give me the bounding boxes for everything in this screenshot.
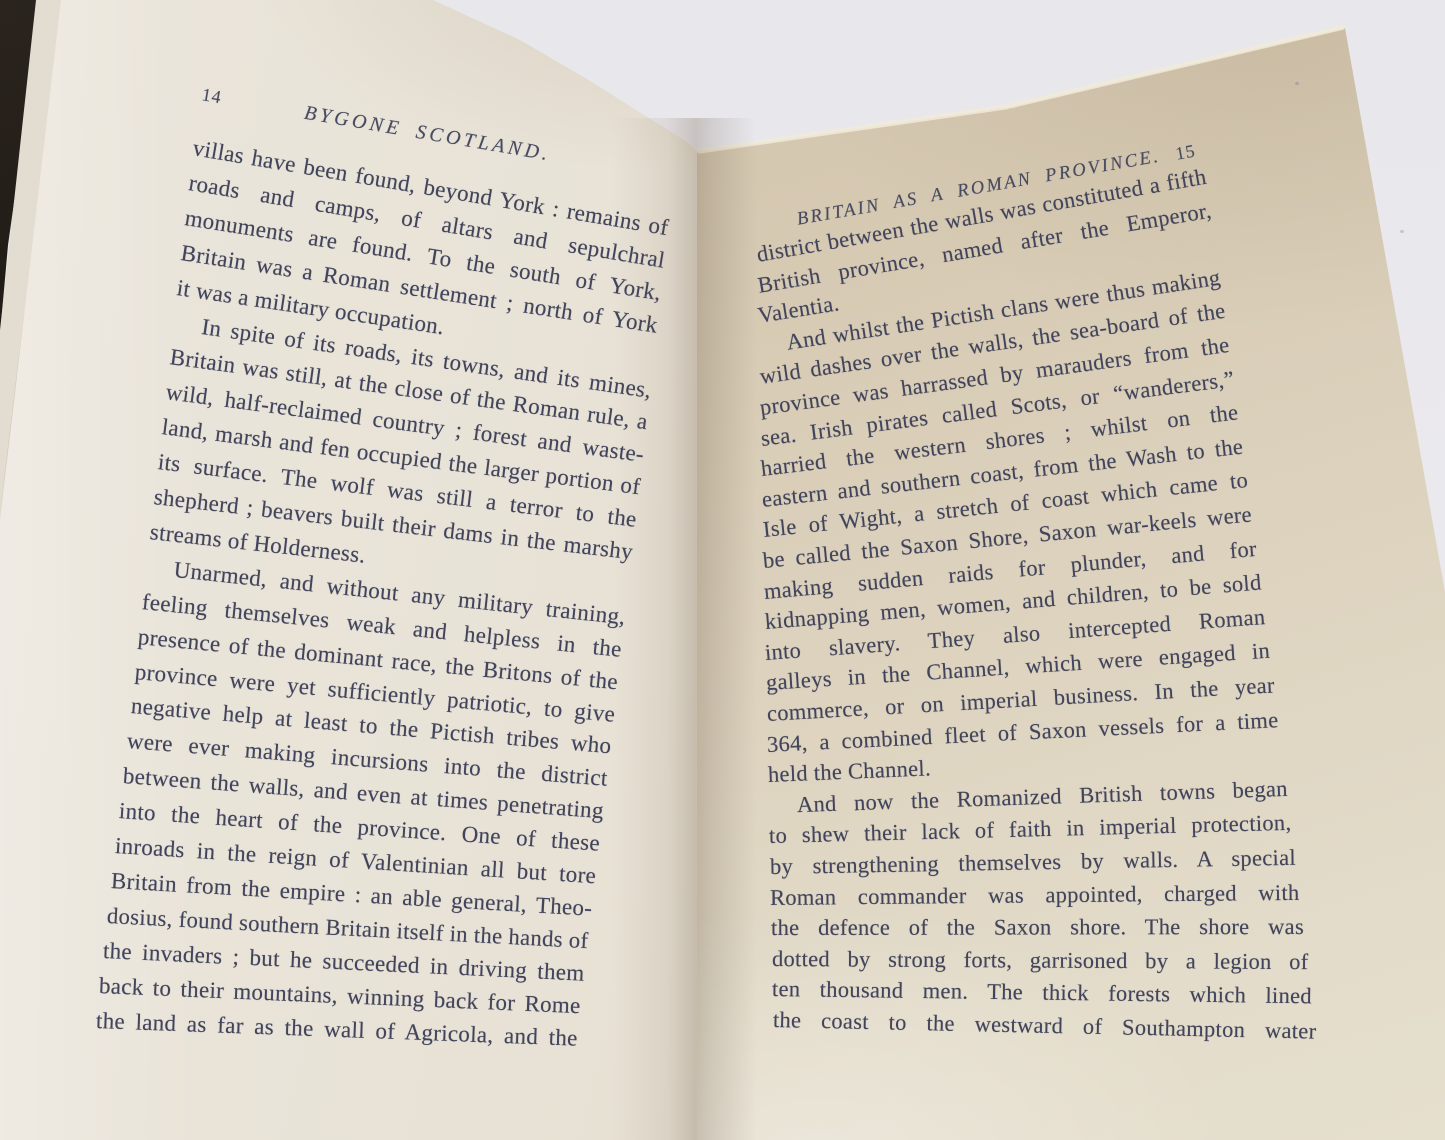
dust-speck [1295, 82, 1299, 85]
text-line: ten thousand men. The thick forests whic… [772, 977, 1312, 1009]
text-line: dotted by strong forts, garrisoned by a … [772, 947, 1309, 974]
text-line: the defence of the Saxon shore. The shor… [771, 915, 1304, 940]
book-photo: 14 BYGONE SCOTLAND. villas have been fou… [0, 0, 1445, 1140]
text-line: by strengthening themselves by walls. A … [770, 846, 1296, 879]
text-line: to shew their lack of faith in imperial … [769, 811, 1292, 848]
text-line: Roman commander was appointed, charged w… [770, 880, 1300, 909]
page-number: 15 [1174, 141, 1197, 165]
dust-speck [1400, 230, 1404, 233]
text-line: the coast to the westward of Southampton… [773, 1008, 1317, 1044]
page-number: 14 [200, 84, 223, 108]
